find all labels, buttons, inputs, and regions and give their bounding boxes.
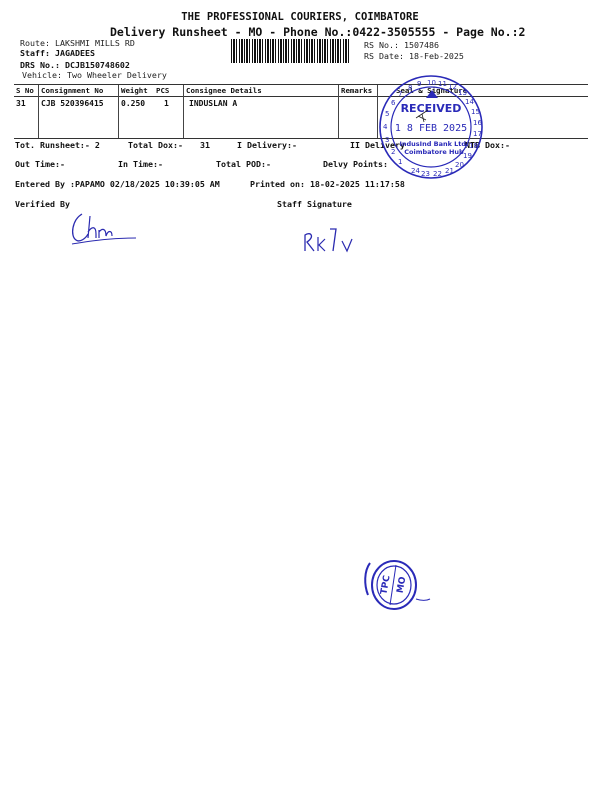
svg-text:7: 7 xyxy=(398,90,402,98)
rs-no-value: 1507486 xyxy=(404,40,439,50)
svg-text:8: 8 xyxy=(408,84,412,92)
svg-text:2: 2 xyxy=(391,148,395,156)
svg-text:21: 21 xyxy=(445,167,454,175)
staff-value: JAGADEES xyxy=(55,48,95,58)
rs-date-line: RS Date: 18-Feb-2025 xyxy=(364,51,464,61)
svg-text:4: 4 xyxy=(383,123,388,131)
vehicle-label: Vehicle: xyxy=(22,70,62,80)
total-pod: Total POD:- xyxy=(216,159,271,169)
i-delivery: I Delivery:- xyxy=(237,140,297,150)
svg-text:1 8 FEB 2025: 1 8 FEB 2025 xyxy=(395,123,467,134)
col-header-pcs: PCS xyxy=(156,86,169,95)
staff-label: Staff: xyxy=(20,48,50,58)
svg-text:5: 5 xyxy=(385,110,389,118)
staff-line: Staff: JAGADEES xyxy=(20,48,95,58)
in-time: In Time:- xyxy=(118,159,163,169)
vehicle-value: Two Wheeler Delivery xyxy=(67,70,167,80)
total-dox-value: 31 xyxy=(200,140,210,150)
svg-text:9: 9 xyxy=(417,80,421,88)
vehicle-line: Vehicle: Two Wheeler Delivery xyxy=(22,70,167,80)
column-divider xyxy=(38,85,39,138)
cell-pcs: 1 xyxy=(164,99,169,108)
rs-no-label: RS No.: xyxy=(364,40,399,50)
tot-runsheet: Tot. Runsheet:- 2 xyxy=(15,140,100,150)
total-dox-label: Total Dox:- xyxy=(128,140,183,150)
svg-text:16: 16 xyxy=(473,119,482,127)
verified-signature xyxy=(66,208,146,248)
route-label: Route: xyxy=(20,38,50,48)
svg-text:23: 23 xyxy=(421,170,430,178)
svg-text:RECEIVED: RECEIVED xyxy=(401,102,462,115)
column-divider xyxy=(118,85,119,138)
svg-text:11: 11 xyxy=(438,80,447,88)
svg-text:1: 1 xyxy=(398,158,402,166)
barcode xyxy=(231,39,349,63)
column-divider xyxy=(338,85,339,138)
tpc-mo-stamp: TPC MO xyxy=(360,555,432,615)
svg-text:18: 18 xyxy=(469,142,478,150)
entered-by: Entered By :PAPAMO 02/18/2025 10:39:05 A… xyxy=(15,179,220,189)
cell-consignee: INDUSLAN A xyxy=(189,99,237,108)
svg-text:22: 22 xyxy=(433,170,442,178)
svg-text:3: 3 xyxy=(385,136,389,144)
cell-sno: 31 xyxy=(16,99,26,108)
runsheet-subtitle: Delivery Runsheet - MO - Phone No.:0422-… xyxy=(110,25,525,39)
rs-no-line: RS No.: 1507486 xyxy=(364,40,439,50)
staff-signature xyxy=(302,223,362,255)
svg-text:Coimbatore Hub: Coimbatore Hub xyxy=(404,148,464,156)
route-line: Route: LAKSHMI MILLS RD xyxy=(20,38,135,48)
svg-text:14: 14 xyxy=(465,98,474,106)
svg-text:TPC: TPC xyxy=(379,574,392,595)
printed-on: Printed on: 18-02-2025 11:17:58 xyxy=(250,179,405,189)
rs-date-value: 18-Feb-2025 xyxy=(409,51,464,61)
svg-text:MO: MO xyxy=(396,576,409,594)
received-stamp: 101112 131415 161718 192021 222324 987 6… xyxy=(376,74,486,180)
drs-value: DCJB150748602 xyxy=(65,60,130,70)
svg-text:15: 15 xyxy=(471,108,480,116)
col-header-sno: S No xyxy=(16,86,34,95)
staff-signature-label: Staff Signature xyxy=(277,199,352,209)
column-divider xyxy=(183,85,184,138)
out-time: Out Time:- xyxy=(15,159,65,169)
drs-label: DRS No.: xyxy=(20,60,60,70)
svg-text:24: 24 xyxy=(411,167,420,175)
col-header-weight: Weight xyxy=(121,86,148,95)
svg-text:10: 10 xyxy=(427,79,436,87)
col-header-consignee: Consignee Details xyxy=(186,86,262,95)
svg-text:12: 12 xyxy=(448,83,457,91)
svg-text:IndusInd Bank Ltd.: IndusInd Bank Ltd. xyxy=(399,140,468,148)
col-header-consignment: Consignment No xyxy=(41,86,103,95)
col-header-remarks: Remarks xyxy=(341,86,372,95)
company-title: THE PROFESSIONAL COURIERS, COIMBATORE xyxy=(0,11,600,23)
svg-text:6: 6 xyxy=(391,99,396,107)
cell-weight: 0.250 xyxy=(121,99,145,108)
drs-line: DRS No.: DCJB150748602 xyxy=(20,60,130,70)
runsheet-table: S No Consignment No Weight PCS Consignee… xyxy=(14,84,588,139)
svg-text:13: 13 xyxy=(458,89,467,97)
svg-text:17: 17 xyxy=(473,130,482,138)
route-value: LAKSHMI MILLS RD xyxy=(55,38,135,48)
cell-consignment: CJB 520396415 xyxy=(41,99,104,108)
header-divider xyxy=(14,96,588,97)
verified-by-label: Verified By xyxy=(15,199,70,209)
svg-text:19: 19 xyxy=(463,152,472,160)
rs-date-label: RS Date: xyxy=(364,51,404,61)
svg-text:20: 20 xyxy=(455,161,464,169)
